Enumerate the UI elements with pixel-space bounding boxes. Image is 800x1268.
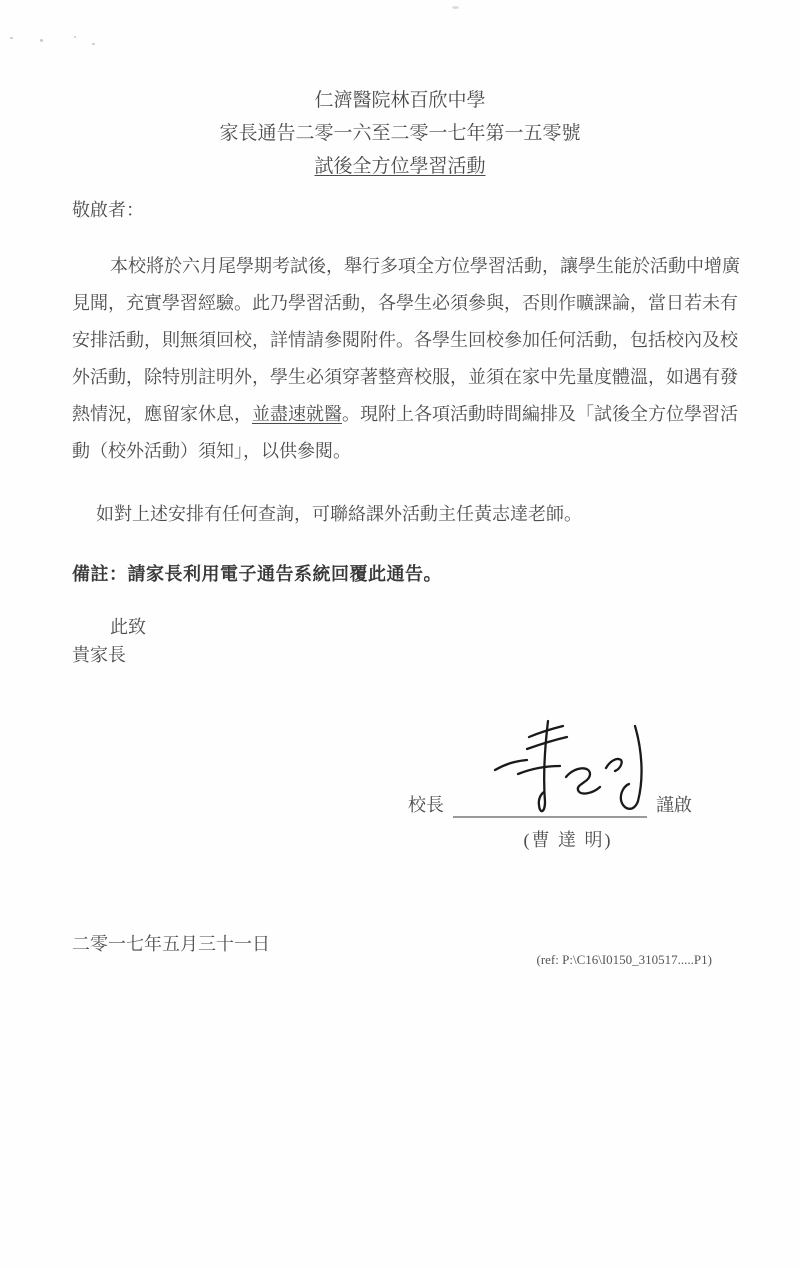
scan-artifact — [92, 43, 95, 45]
signature-honorific: 謹啟 — [656, 792, 692, 818]
notice-subject: 試後全方位學習活動 — [0, 150, 800, 183]
scan-artifact — [40, 39, 43, 42]
remark-line: 備註：請家長利用電子通告系統回覆此通告。 — [72, 560, 442, 586]
scan-artifact — [452, 6, 459, 9]
body-line: 見聞，充實學習經驗。此乃學習活動，各學生必須參與，否則作曠課論，當日若未有 — [72, 285, 744, 322]
body-line: 安排活動，則無須回校，詳情請參閱附件。各學生回校參加任何活動，包括校內及校 — [72, 322, 744, 359]
body-line: 動（校外活動）須知」，以供參閱。 — [72, 433, 744, 470]
signature-line — [453, 793, 647, 818]
body-line: 外活動，除特別註明外，學生必須穿著整齊校服，並須在家中先量度體溫，如遇有發 — [72, 359, 744, 396]
signature-name: (曹 達 明) — [471, 826, 665, 852]
body-paragraph-2: 如對上述安排有任何查詢，可聯絡課外活動主任黃志達老師。 — [72, 496, 744, 533]
signature-block: 校長 謹啟 — [408, 792, 692, 818]
underlined-phrase: 並盡速就醫 — [252, 404, 342, 424]
remark-label: 備註： — [72, 564, 128, 584]
file-ref: (ref: P:\C16\I0150_310517.....P1) — [0, 952, 712, 968]
closing-recipient: 貴家長 — [72, 641, 126, 667]
notice-header: 仁濟醫院林百欣中學 家長通告二零一六至二零一七年第一五零號 試後全方位學習活動 — [0, 84, 800, 183]
body-line: 熱情況，應留家休息，並盡速就醫。現附上各項活動時間編排及「試後全方位學習活 — [72, 396, 744, 433]
salutation: 敬啟者： — [72, 196, 144, 222]
closing-cizhi: 此致 — [110, 613, 146, 639]
scanned-notice-page: 仁濟醫院林百欣中學 家長通告二零一六至二零一七年第一五零號 試後全方位學習活動 … — [0, 0, 800, 1268]
notice-number: 家長通告二零一六至二零一七年第一五零號 — [0, 117, 800, 150]
body-paragraph-1: 本校將於六月尾學期考試後，舉行多項全方位學習活動，讓學生能於活動中增廣 見聞，充… — [72, 248, 744, 470]
remark-text: 請家長利用電子通告系統回覆此通告。 — [128, 564, 443, 584]
body-line-text: 。現附上各項活動時間編排及「試後全方位學習活 — [342, 404, 738, 424]
scan-artifact — [10, 37, 13, 39]
school-name: 仁濟醫院林百欣中學 — [0, 84, 800, 117]
body-line: 本校將於六月尾學期考試後，舉行多項全方位學習活動，讓學生能於活動中增廣 — [72, 248, 744, 285]
body-line-text: 熱情況，應留家休息， — [72, 404, 252, 424]
scan-artifact — [74, 36, 76, 38]
signature-title: 校長 — [408, 792, 444, 818]
